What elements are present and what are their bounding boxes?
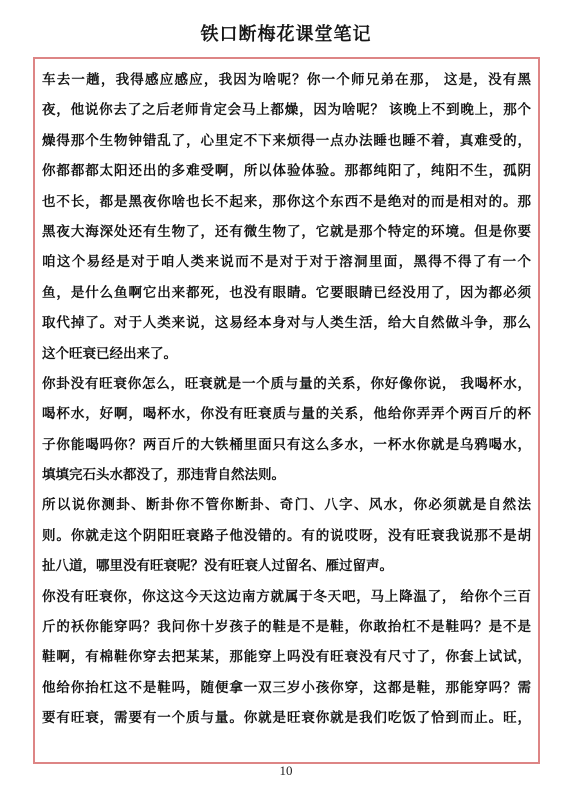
text-line-p4-l5: 要有旺衰，需要有一个质与量。你就是旺衰你就是我们吃饭了恰到而止。旺，	[42, 703, 531, 733]
text-line-p1-l7: 咱这个易经是对于咱人类来说而不是对于对于溶洞里面，黑得不得了有一个	[42, 247, 531, 277]
text-line-p1-l5: 也不长，都是黑夜你啥也长不起来，那你这个东西不是绝对的而是相对的。那	[42, 187, 531, 217]
text-line-p4-l4: 他给你抬杠这不是鞋吗，随便拿一双三岁小孩你穿，这都是鞋，那能穿吗？需	[42, 673, 531, 703]
text-line-p1-l3: 燥得那个生物钟错乱了，心里定不下来烦得一点办法睡也睡不着，真难受的，	[42, 126, 531, 156]
text-line-p3-l3: 扯八道，哪里没有旺衰呢？没有旺衰人过留名、雁过留声。	[42, 551, 531, 581]
text-line-p2-l2: 喝杯水，好啊，喝杯水，你没有旺衰质与量的关系，他给你弄弄个两百斤的杯	[42, 399, 531, 429]
text-line-p4-l1: 你没有旺衰你，你这这今天这边南方就属于冬天吧，马上降温了， 给你个三百	[42, 582, 531, 612]
text-line-p1-l1: 车去一趟，我得感应感应，我因为啥呢？你一个师兄弟在那， 这是，没有黑	[42, 65, 531, 95]
text-line-p2-l1: 你卦没有旺衰你怎么，旺衰就是一个质与量的关系，你好像你说， 我喝杯水，	[42, 369, 531, 399]
text-line-p1-l6: 黑夜大海深处还有生物了，还有微生物了，它就是那个特定的环境。但是你要	[42, 217, 531, 247]
text-line-p1-l4: 你都都都太阳还出的多难受啊，所以体验体验。那都纯阳了，纯阳不生，孤阴	[42, 156, 531, 186]
text-line-p4-l3: 鞋啊，有棉鞋你穿去把某某，那能穿上吗没有旺衰没有尺寸了，你套上试试，	[42, 642, 531, 672]
notes-paragraphs: 车去一趟，我得感应感应，我因为啥呢？你一个师兄弟在那， 这是，没有黑夜，他说你去…	[42, 65, 531, 734]
page-number: 10	[0, 763, 572, 779]
text-line-p1-l8: 鱼，是什么鱼啊它出来都死，也没有眼睛。它要眼睛已经没用了，因为都必须	[42, 278, 531, 308]
text-line-p1-l2: 夜，他说你去了之后老师肯定会马上都燥，因为啥呢？ 该晚上不到晚上，那个	[42, 95, 531, 125]
notes-text-box: 车去一趟，我得感应感应，我因为啥呢？你一个师兄弟在那， 这是，没有黑夜，他说你去…	[33, 57, 540, 764]
text-line-p3-l2: 则。你就走这个阴阳旺衰路子他没错的。有的说哎呀，没有旺衰我说那不是胡	[42, 521, 531, 551]
text-line-p2-l3: 子你能喝吗你？两百斤的大铁桶里面只有这么多水，一杯水你就是乌鸦喝水，	[42, 430, 531, 460]
text-line-p1-l9: 取代掉了。对于人类来说，这易经本身对与人类生活，给大自然做斗争，那么	[42, 308, 531, 338]
text-line-p3-l1: 所以说你测卦、断卦你不管你断卦、奇门、八字、风水，你必须就是自然法	[42, 490, 531, 520]
text-line-p2-l4: 填填完石头水都没了，那违背自然法则。	[42, 460, 531, 490]
text-line-p4-l2: 斤的袄你能穿吗？我问你十岁孩子的鞋是不是鞋，你敢抬杠不是鞋吗？是不是	[42, 612, 531, 642]
page-title: 铁口断梅花课堂笔记	[0, 20, 572, 46]
text-line-p1-l10: 这个旺衰已经出来了。	[42, 339, 531, 369]
